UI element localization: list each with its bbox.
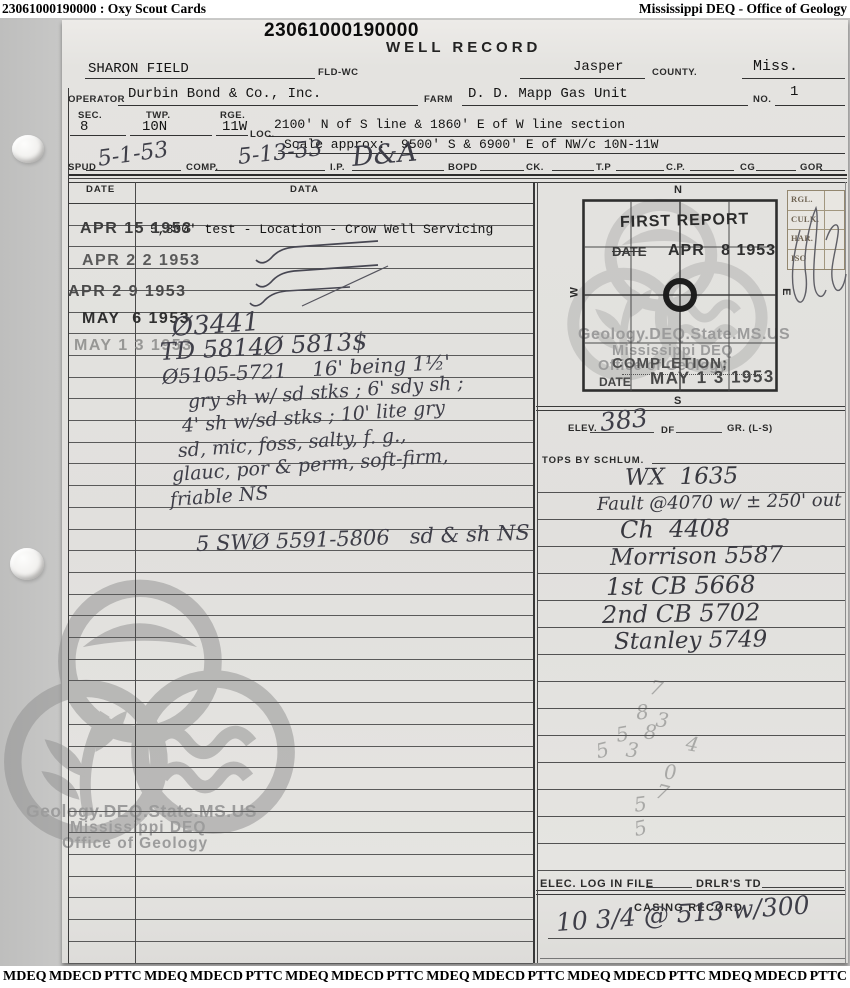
first-report-stamp-title: FIRST REPORT	[620, 211, 750, 232]
rule-line	[118, 105, 418, 106]
spud-row-label: T.P	[596, 162, 611, 173]
field-name-value: SHARON FIELD	[88, 61, 189, 77]
well-no-label: NO.	[753, 94, 771, 105]
fld-wc-label: FLD-WC	[318, 67, 358, 78]
rule-line	[68, 832, 533, 833]
comp-label: COMP.	[186, 162, 218, 173]
rule-line	[536, 406, 845, 407]
rule-line	[68, 724, 533, 725]
rule-line	[68, 615, 533, 616]
spud-label: SPUD	[68, 162, 96, 173]
formation-top-entry: Morrison 5587	[610, 542, 783, 571]
footer-word: PTTC	[527, 969, 564, 985]
spud-row-label: BOPD	[448, 162, 477, 173]
rule-line	[68, 876, 533, 877]
rule-line	[742, 78, 845, 79]
date-column-header: DATE	[86, 184, 115, 195]
first-report-date-label: DATE	[612, 244, 646, 259]
rule-line	[68, 174, 847, 176]
hole-punch	[12, 135, 44, 163]
farm-label: FARM	[424, 94, 453, 105]
rule-line	[216, 135, 248, 136]
completion-date-label: DATE	[599, 375, 631, 389]
rule-line	[68, 507, 533, 508]
rule-line	[68, 88, 69, 963]
rule-line	[820, 170, 845, 171]
footer-word: MDEQ	[426, 969, 470, 985]
rule-line	[68, 919, 533, 920]
rule-line	[548, 938, 845, 939]
rule-line	[68, 680, 533, 681]
rule-line	[68, 767, 533, 768]
formation-top-entry: 2nd CB 5702	[602, 598, 761, 629]
scanned-document: Geology.DEQ.State.MS.US Mississippi DEQ …	[0, 18, 850, 966]
location-line2: Scale approx: 9500' S & 6900' E of NW/c …	[284, 137, 658, 152]
rule-line	[68, 854, 533, 855]
ip-value-handwritten: D&A	[351, 136, 419, 173]
rule-line	[68, 659, 533, 660]
reviewer-signature	[780, 196, 850, 314]
rule-line	[676, 432, 722, 433]
elev-value-handwritten: 383	[598, 403, 648, 437]
rule-line	[537, 182, 538, 963]
footer-word: PTTC	[104, 969, 141, 985]
rule-line	[756, 170, 796, 171]
viewer-top-bar: 23061000190000 : Oxy Scout Cards Mississ…	[0, 0, 850, 18]
elec-log-label: ELEC. LOG IN FILE	[540, 878, 654, 890]
rule-line	[68, 203, 533, 204]
footer-word: MDECD	[190, 969, 243, 985]
county-value: Jasper	[573, 59, 623, 75]
formation-top-entry: Ch 4408	[620, 514, 731, 544]
rule-line	[68, 941, 533, 942]
rule-line	[538, 681, 845, 682]
footer-word: MDECD	[754, 969, 807, 985]
page-title: WELL RECORD	[386, 39, 541, 56]
pencil-scribble: 8	[643, 720, 657, 745]
rule-line	[536, 410, 845, 411]
rule-line	[68, 746, 533, 747]
spud-row-label: GOR	[800, 162, 823, 173]
footer-word: MDEQ	[3, 969, 47, 985]
footer-word: MDECD	[331, 969, 384, 985]
rule-line	[68, 897, 533, 898]
rule-line	[540, 958, 845, 959]
footer-word: MDEQ	[285, 969, 329, 985]
rule-line	[68, 178, 847, 179]
gr-label: GR. (L-S)	[727, 423, 773, 434]
twp-value: 10N	[142, 119, 167, 135]
formation-top-entry: Fault @4070 w/ ± 250' out	[597, 490, 842, 515]
compass-north-label: N	[674, 184, 682, 196]
rule-line	[130, 135, 212, 136]
compass-west-label: W	[568, 287, 580, 298]
footer-word: PTTC	[810, 969, 847, 985]
compass-south-label: S	[674, 395, 682, 407]
document-id-label: 23061000190000 : Oxy Scout Cards	[2, 1, 206, 18]
footer-word: PTTC	[245, 969, 282, 985]
footer-word: MDEQ	[567, 969, 611, 985]
footer-word: PTTC	[669, 969, 706, 985]
rule-line	[462, 105, 748, 106]
rule-line	[68, 789, 533, 790]
spud-row-label: CK.	[526, 162, 544, 173]
received-date-stamp: APR 2 2 1953	[82, 252, 201, 270]
operator-value: Durbin Bond & Co., Inc.	[128, 86, 321, 102]
rule-line	[538, 762, 845, 763]
rule-line	[85, 78, 315, 79]
completion-date-value: MAY 1 3 1953	[650, 367, 775, 389]
rule-line	[520, 78, 645, 79]
rule-line	[68, 637, 533, 638]
spud-row-label: C.P.	[666, 162, 685, 173]
footer-word: MDECD	[49, 969, 102, 985]
footer-word: MDECD	[613, 969, 666, 985]
data-column-header: DATA	[290, 184, 319, 195]
received-date-stamp: APR 15 1953	[80, 220, 193, 238]
rule-line	[533, 182, 535, 963]
viewer-bottom-bar: MDEQMDECDPTTCMDEQMDECDPTTCMDEQMDECDPTTCM…	[0, 966, 850, 988]
rule-line	[538, 789, 845, 790]
rule-line	[68, 572, 533, 573]
footer-word: MDECD	[472, 969, 525, 985]
spud-row-label: CG	[740, 162, 755, 173]
footer-word: MDEQ	[708, 969, 752, 985]
rule-line	[538, 708, 845, 709]
footer-word: MDEQ	[144, 969, 188, 985]
rule-line	[480, 170, 524, 171]
rule-line	[68, 182, 847, 183]
stray-pencil-line	[300, 264, 392, 308]
drlrs-td-label: DRLR'S TD	[696, 878, 761, 890]
rule-line	[538, 816, 845, 817]
rge-value: 11W	[222, 119, 247, 135]
rule-line	[690, 170, 734, 171]
rule-line	[616, 170, 664, 171]
county-label: COUNTY.	[652, 67, 697, 78]
rule-line	[775, 105, 845, 106]
elev-label: ELEV.	[568, 423, 597, 434]
formation-top-entry: Stanley 5749	[614, 626, 768, 655]
rule-line	[68, 811, 533, 812]
agency-label: Mississippi DEQ - Office of Geology	[639, 1, 847, 18]
footer-word: PTTC	[386, 969, 423, 985]
rule-line	[538, 735, 845, 736]
loc-label: LOC.	[250, 129, 275, 140]
rule-line	[538, 870, 845, 871]
state-value: Miss.	[753, 58, 798, 75]
operator-label: OPERATOR	[68, 94, 125, 105]
farm-value: D. D. Mapp Gas Unit	[468, 86, 628, 102]
rule-line	[68, 702, 533, 703]
hole-punch	[10, 548, 44, 580]
rule-line	[762, 887, 844, 888]
formation-top-entry: 1st CB 5668	[606, 570, 756, 601]
df-label: DF	[661, 425, 675, 436]
rule-line	[552, 170, 594, 171]
pencil-scribble: 3	[625, 737, 640, 762]
rule-line	[68, 594, 533, 595]
first-report-date-value: APR 8 1953	[668, 242, 776, 260]
rule-line	[538, 654, 845, 655]
data-entry-typed: 5,800' test - Location - Crow Well Servi…	[150, 222, 493, 237]
formation-top-entry: WX 1635	[625, 463, 739, 491]
sec-value: 8	[80, 119, 88, 135]
location-line1: 2100' N of S line & 1860' E of W line se…	[274, 117, 625, 132]
rule-line	[70, 135, 126, 136]
rule-line	[68, 963, 533, 964]
rule-line	[538, 843, 845, 844]
well-no-value: 1	[790, 84, 798, 100]
rule-line	[68, 485, 533, 486]
received-date-stamp: APR 2 9 1953	[68, 283, 187, 301]
rule-line	[215, 170, 325, 171]
ip-label: I.P.	[330, 162, 345, 173]
